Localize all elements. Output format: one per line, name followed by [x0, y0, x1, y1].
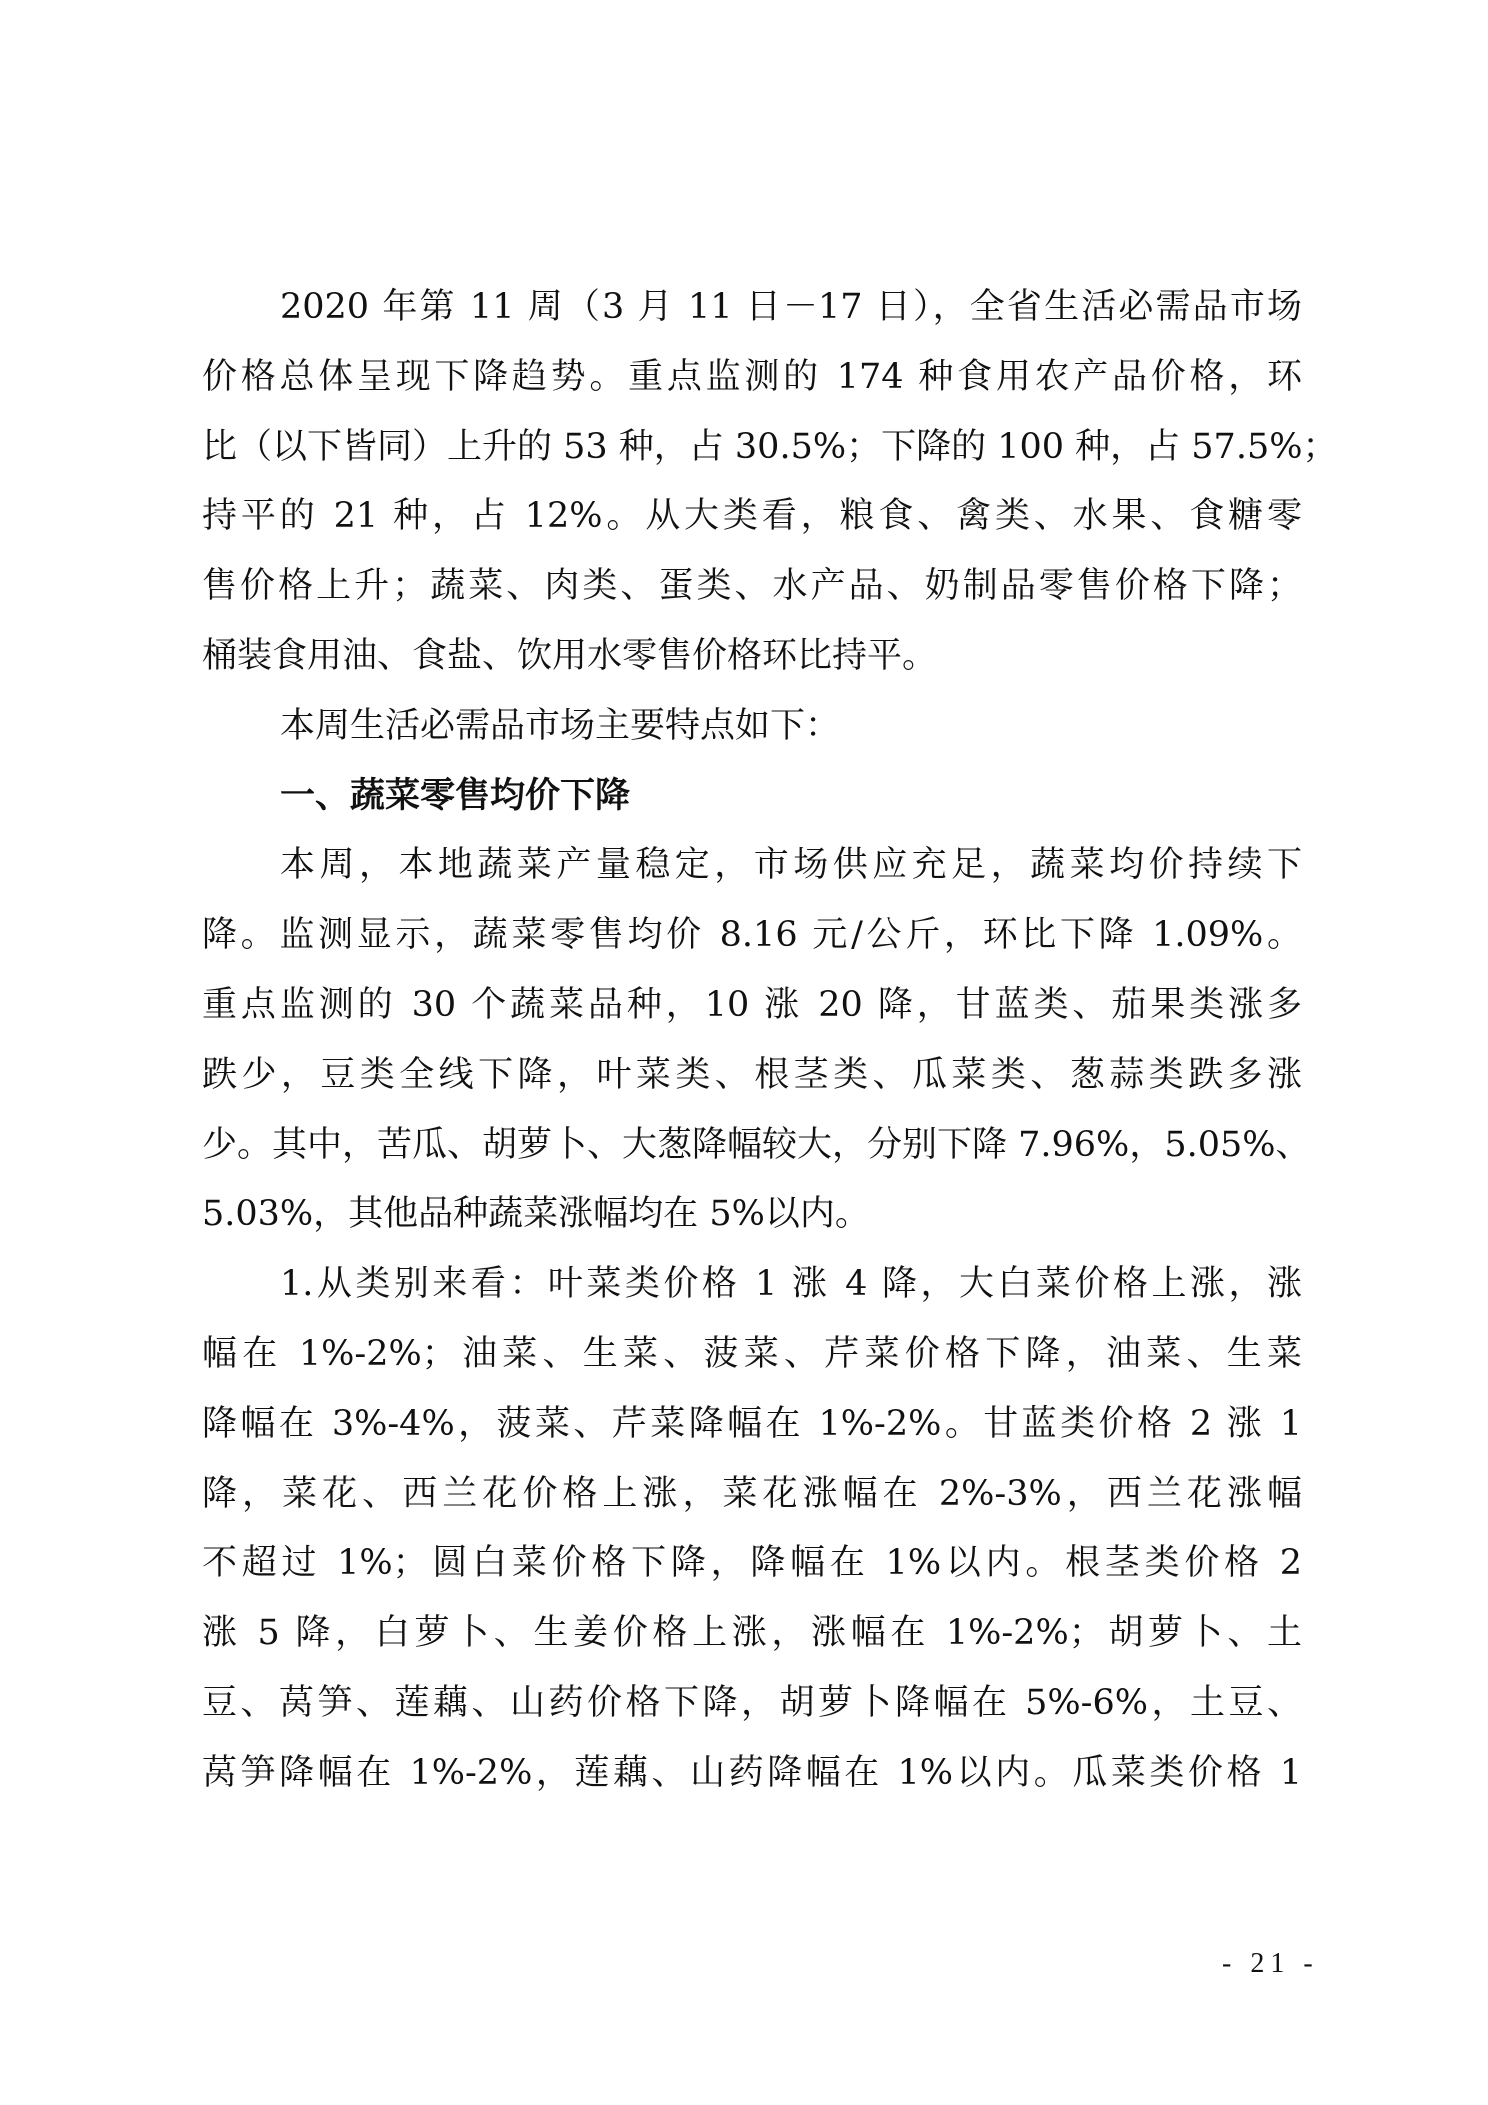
- document-body: 2020 年第 11 周（3 月 11 日－17 日），全省生活必需品市场 价格…: [202, 280, 1302, 1816]
- paragraph-line: 1.从类别来看：叶菜类价格 1 涨 4 降，大白菜价格上涨，涨: [202, 1257, 1302, 1327]
- paragraph-line: 跌少，豆类全线下降，叶菜类、根茎类、瓜菜类、葱蒜类跌多涨: [202, 1048, 1302, 1118]
- paragraph-line: 不超过 1%；圆白菜价格下降，降幅在 1%以内。根茎类价格 2: [202, 1536, 1302, 1606]
- paragraph-line: 涨 5 降，白萝卜、生姜价格上涨，涨幅在 1%-2%；胡萝卜、土: [202, 1606, 1302, 1676]
- paragraph-line: 豆、莴笋、莲藕、山药价格下降，胡萝卜降幅在 5%-6%，土豆、: [202, 1676, 1302, 1746]
- paragraph-line: 比（以下皆同）上升的 53 种，占 30.5%；下降的 100 种，占 57.5…: [202, 420, 1302, 490]
- paragraph-line: 莴笋降幅在 1%-2%，莲藕、山药降幅在 1%以内。瓜菜类价格 1: [202, 1746, 1302, 1816]
- paragraph-line: 2020 年第 11 周（3 月 11 日－17 日），全省生活必需品市场: [202, 280, 1302, 350]
- paragraph-line: 5.03%，其他品种蔬菜涨幅均在 5%以内。: [202, 1187, 1302, 1257]
- paragraph-line: 售价格上升；蔬菜、肉类、蛋类、水产品、奶制品零售价格下降；: [202, 559, 1302, 629]
- paragraph-line: 少。其中，苦瓜、胡萝卜、大葱降幅较大，分别下降 7.96%，5.05%、: [202, 1118, 1302, 1188]
- paragraph-line: 降幅在 3%-4%，菠菜、芹菜降幅在 1%-2%。甘蓝类价格 2 涨 1: [202, 1397, 1302, 1467]
- page-number: - 21 -: [1222, 1948, 1319, 1980]
- paragraph-line: 降。监测显示，蔬菜零售均价 8.16 元/公斤，环比下降 1.09%。: [202, 908, 1302, 978]
- paragraph-line: 幅在 1%-2%；油菜、生菜、菠菜、芹菜价格下降，油菜、生菜: [202, 1327, 1302, 1397]
- paragraph-line: 桶装食用油、食盐、饮用水零售价格环比持平。: [202, 629, 1302, 699]
- paragraph-line: 本周生活必需品市场主要特点如下：: [202, 699, 1302, 769]
- paragraph-line: 重点监测的 30 个蔬菜品种，10 涨 20 降，甘蓝类、茄果类涨多: [202, 978, 1302, 1048]
- paragraph-line: 持平的 21 种，占 12%。从大类看，粮食、禽类、水果、食糖零: [202, 489, 1302, 559]
- paragraph-line: 降，菜花、西兰花价格上涨，菜花涨幅在 2%-3%，西兰花涨幅: [202, 1467, 1302, 1537]
- section-heading: 一、蔬菜零售均价下降: [202, 769, 1302, 839]
- paragraph-line: 本周，本地蔬菜产量稳定，市场供应充足，蔬菜均价持续下: [202, 838, 1302, 908]
- paragraph-line: 价格总体呈现下降趋势。重点监测的 174 种食用农产品价格，环: [202, 350, 1302, 420]
